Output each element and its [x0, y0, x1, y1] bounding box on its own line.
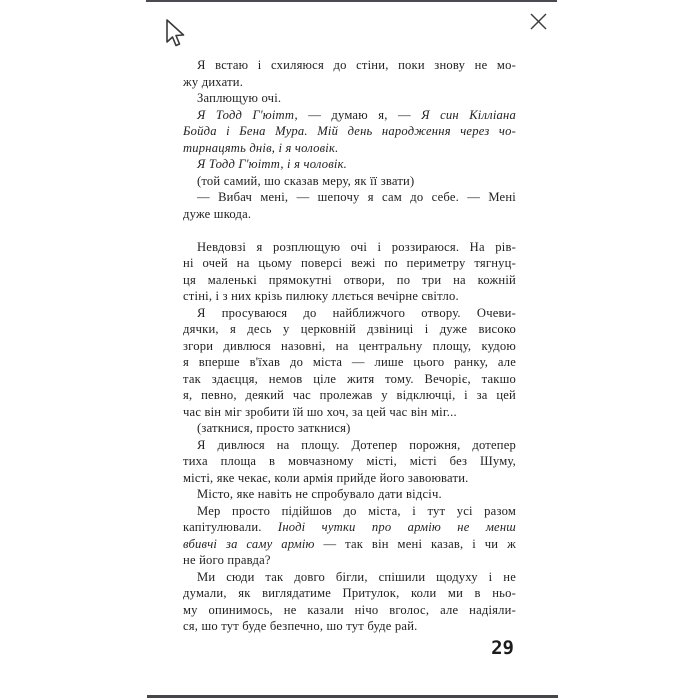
paragraph: (заткнися, просто заткнися)	[183, 420, 516, 437]
text-segment: час він міг зробити їй шо хоч, за цей ча…	[183, 405, 457, 419]
text-line: Я просуваюся до найближчого отвору. Очев…	[183, 305, 516, 322]
text-line: час він міг зробити їй шо хоч, за цей ча…	[183, 404, 516, 421]
text-segment: Невдовзі я розплющую очі і роззираюся. Н…	[197, 240, 516, 254]
text-segment: ця маленькі прямокутні отвори, по три на…	[183, 273, 516, 287]
paragraph: Ми сюди так довго бігли, спішили щодуху …	[183, 569, 516, 635]
text-segment: Заплющую очі.	[197, 91, 281, 105]
text-line: місті, яке чекає, коли армія прийде його…	[183, 470, 516, 487]
text-segment: Я просуваюся до найближчого отвору. Очев…	[197, 306, 516, 320]
text-segment: тиха площа в мовчазному місті, місті без…	[183, 454, 516, 468]
text-segment: Ми сюди так довго бігли, спішили щодуху …	[197, 570, 516, 584]
paragraph: Заплющую очі.	[183, 90, 516, 107]
text-segment: — думаю я, —	[298, 108, 421, 122]
text-segment: думали, як виглядатиме Притулок, коли ми…	[183, 586, 516, 600]
text-segment: жу дихати.	[183, 75, 243, 89]
paragraph: Я просуваюся до найближчого отвору. Очев…	[183, 305, 516, 421]
paragraph: Я встаю і схиляюся до стіни, поки знову …	[183, 57, 516, 90]
paragraph: Мер просто підійшов до міста, і тут усі …	[183, 503, 516, 569]
text-line: ся, шо тут буде безпечно, шо тут буде ра…	[183, 618, 516, 635]
text-line: думали, як виглядатиме Притулок, коли ми…	[183, 585, 516, 602]
text-segment: (той самий, шо сказав меру, як її звати)	[197, 174, 414, 188]
text-line: дячки, я десь у церковній дзвіниці і дуж…	[183, 321, 516, 338]
italic-text-segment: Я Тодд Г'юітт, і я чоловік.	[197, 157, 347, 171]
text-line: Я встаю і схиляюся до стіни, поки знову …	[183, 57, 516, 74]
text-segment: (заткнися, просто заткнися)	[197, 421, 351, 435]
close-icon[interactable]	[527, 10, 551, 34]
text-line: вбивчі за саму армію — так він мені каза…	[183, 536, 516, 553]
italic-text-segment: Я син Кілліана	[421, 108, 516, 122]
text-line: му опинимось, не казали нічо вголос, але…	[183, 602, 516, 619]
text-line: дуже шкода.	[183, 206, 516, 223]
italic-text-segment: тирнацять днів, і я чоловік.	[183, 141, 338, 155]
paragraph: Невдовзі я розплющую очі і роззираюся. Н…	[183, 239, 516, 305]
page-top-edge	[146, 0, 557, 2]
italic-text-segment: Я Тодд Г'юітт,	[197, 108, 298, 122]
text-line: (заткнися, просто заткнися)	[183, 420, 516, 437]
paragraph: Я Тодд Г'юітт, і я чоловік.	[183, 156, 516, 173]
text-segment: капітулювали.	[183, 520, 278, 534]
text-line: жу дихати.	[183, 74, 516, 91]
text-segment: я, певно, деякий час пролежав у відключц…	[183, 388, 516, 402]
text-line: стіні, і з них крізь пилюку ллється вечі…	[183, 288, 516, 305]
italic-text-segment: Іноді чутки про армію не менш	[278, 520, 516, 534]
text-line: — Вибач мені, — шепочу я сам до себе. — …	[183, 189, 516, 206]
text-segment: Мер просто підійшов до міста, і тут усі …	[197, 504, 516, 518]
text-line: згори дивлюся назовні, на центральну пло…	[183, 338, 516, 355]
text-segment: ся, шо тут буде безпечно, шо тут буде ра…	[183, 619, 418, 633]
text-line: Я дивлюся на площу. Дотепер порожня, дот…	[183, 437, 516, 454]
text-segment: Місто, яке навіть не спробувало дати від…	[197, 487, 442, 501]
text-line: Ми сюди так довго бігли, спішили щодуху …	[183, 569, 516, 586]
text-segment: місті, яке чекає, коли армія прийде його…	[183, 471, 468, 485]
page-bottom-edge	[147, 695, 558, 698]
text-line: (той самий, шо сказав меру, як її звати)	[183, 173, 516, 190]
text-line: я, певно, деякий час пролежав у відключц…	[183, 387, 516, 404]
paragraph: Я дивлюся на площу. Дотепер порожня, дот…	[183, 437, 516, 487]
text-line: ця маленькі прямокутні отвори, по три на…	[183, 272, 516, 289]
text-segment: дячки, я десь у церковній дзвіниці і дуж…	[183, 322, 516, 336]
text-line: Мер просто підійшов до міста, і тут усі …	[183, 503, 516, 520]
paragraph: Місто, яке навіть не спробувало дати від…	[183, 486, 516, 503]
text-segment: ні очей на цьому поверсі вежі по перимет…	[183, 256, 516, 270]
text-line: так здаєцця, немов ціле житя тому. Вечор…	[183, 371, 516, 388]
italic-text-segment: вбивчі за саму армію	[183, 537, 315, 551]
mouse-cursor-icon	[163, 18, 187, 50]
text-segment: згори дивлюся назовні, на центральну пло…	[183, 339, 516, 353]
text-segment: дуже шкода.	[183, 207, 251, 221]
text-line: Місто, яке навіть не спробувало дати від…	[183, 486, 516, 503]
text-line: тирнацять днів, і я чоловік.	[183, 140, 516, 157]
text-line: Бойда і Бена Мура. Мій день народження ч…	[183, 123, 516, 140]
text-segment: Я дивлюся на площу. Дотепер порожня, дот…	[197, 438, 516, 452]
text-segment: так здаєцця, немов ціле житя тому. Вечор…	[183, 372, 516, 386]
text-segment: стіні, і з них крізь пилюку ллється вечі…	[183, 289, 459, 303]
text-line: тиха площа в мовчазному місті, місті без…	[183, 453, 516, 470]
text-line: не його правда?	[183, 552, 516, 569]
text-line: ні очей на цьому поверсі вежі по перимет…	[183, 255, 516, 272]
text-segment: не його правда?	[183, 553, 271, 567]
text-line: Я Тодд Г'юітт, і я чоловік.	[183, 156, 516, 173]
text-line: Я Тодд Г'юітт, — думаю я, — Я син Кілліа…	[183, 107, 516, 124]
italic-text-segment: Бойда і Бена Мура. Мій день народження ч…	[183, 124, 516, 138]
text-line: Невдовзі я розплющую очі і роззираюся. Н…	[183, 239, 516, 256]
text-segment: я вперше в'їхав до міста — лише цього ра…	[183, 355, 516, 369]
text-segment: му опинимось, не казали нічо вголос, але…	[183, 603, 516, 617]
text-segment: — Вибач мені, — шепочу я сам до себе. — …	[197, 190, 516, 204]
book-page-text: Я встаю і схиляюся до стіни, поки знову …	[183, 57, 516, 635]
text-segment: Я встаю і схиляюся до стіни, поки знову …	[197, 58, 516, 72]
text-line: я вперше в'їхав до міста — лише цього ра…	[183, 354, 516, 371]
paragraph: — Вибач мені, — шепочу я сам до себе. — …	[183, 189, 516, 222]
paragraph: (той самий, шо сказав меру, як її звати)	[183, 173, 516, 190]
text-line: капітулювали. Іноді чутки про армію не м…	[183, 519, 516, 536]
paragraph: Я Тодд Г'юітт, — думаю я, — Я син Кілліа…	[183, 107, 516, 157]
text-segment: — так він мені казав, і чи ж	[315, 537, 516, 551]
page-number: 29	[183, 637, 514, 659]
text-line: Заплющую очі.	[183, 90, 516, 107]
